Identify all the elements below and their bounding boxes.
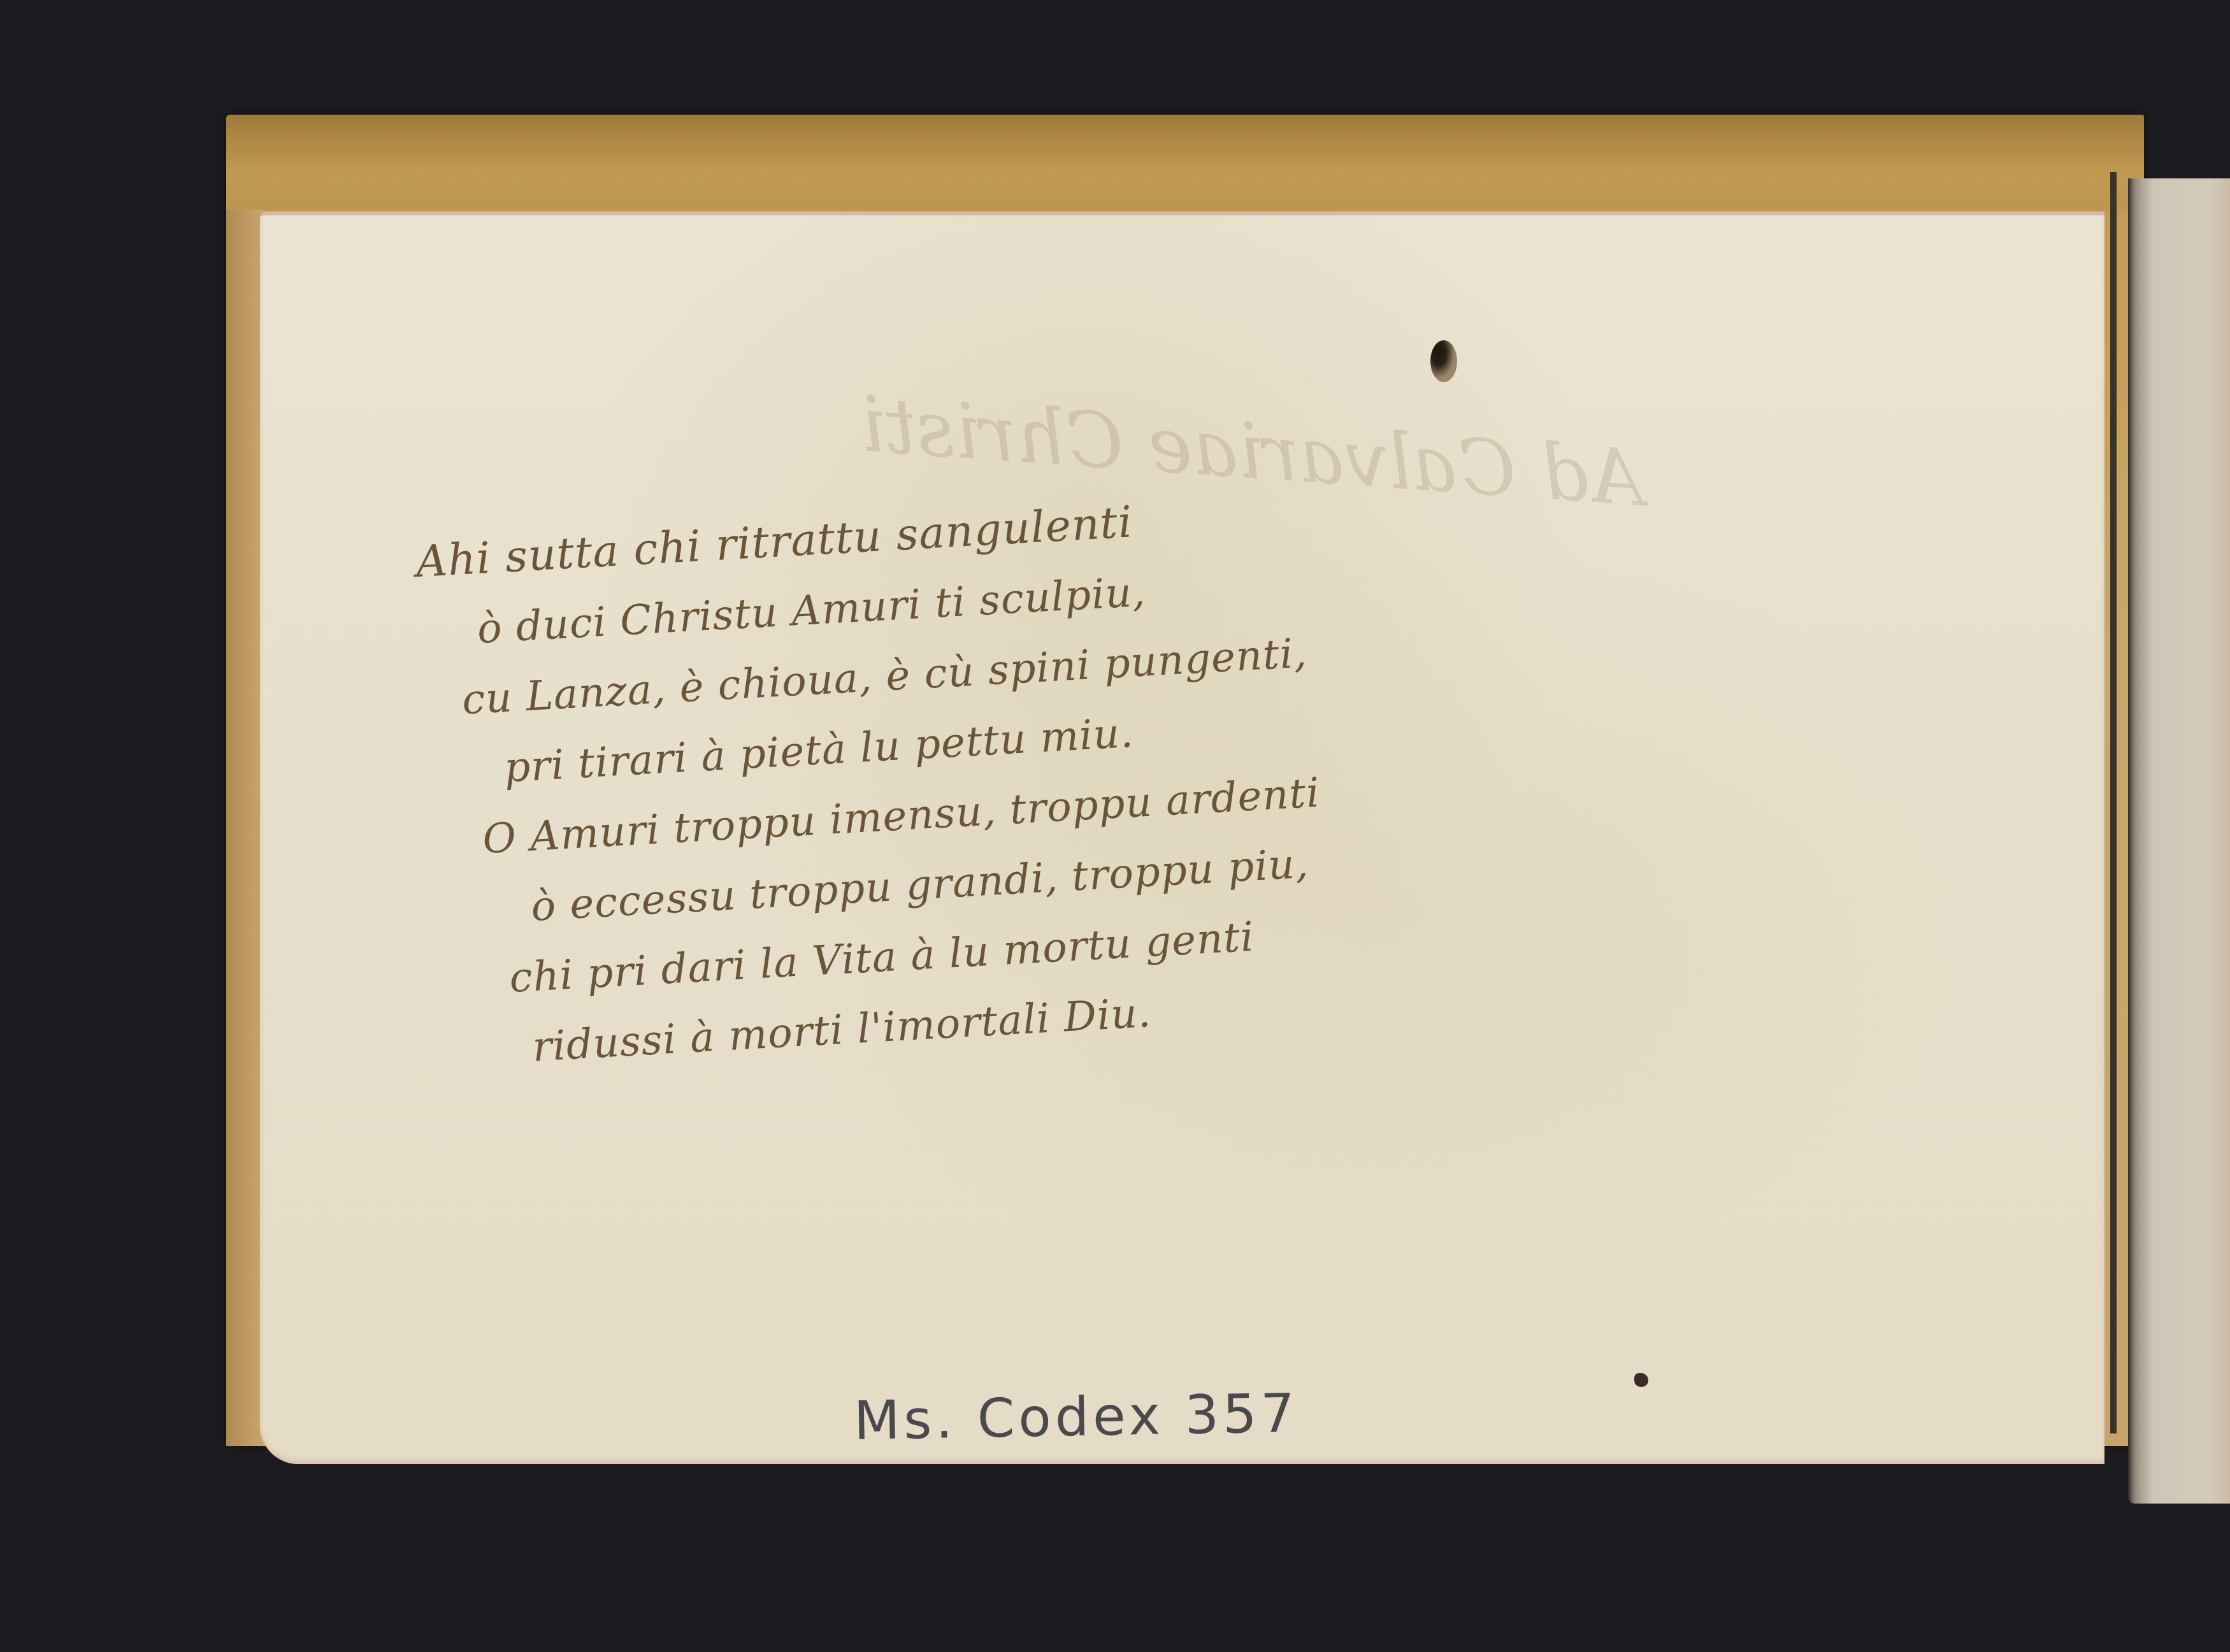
gutter-shadow [2110, 172, 2117, 1433]
cover-left-fold [226, 210, 264, 1446]
verse-text: Ahi sutta chi ritrattu sangulenti ò duci… [395, 461, 1635, 1089]
cover-top-fold [226, 115, 2144, 210]
facing-leaf-edge [2128, 178, 2230, 1504]
worm-hole [1430, 340, 1457, 382]
shelfmark-label: Ms. Codex 357 [853, 1382, 1299, 1452]
ink-blot [1634, 1373, 1648, 1387]
